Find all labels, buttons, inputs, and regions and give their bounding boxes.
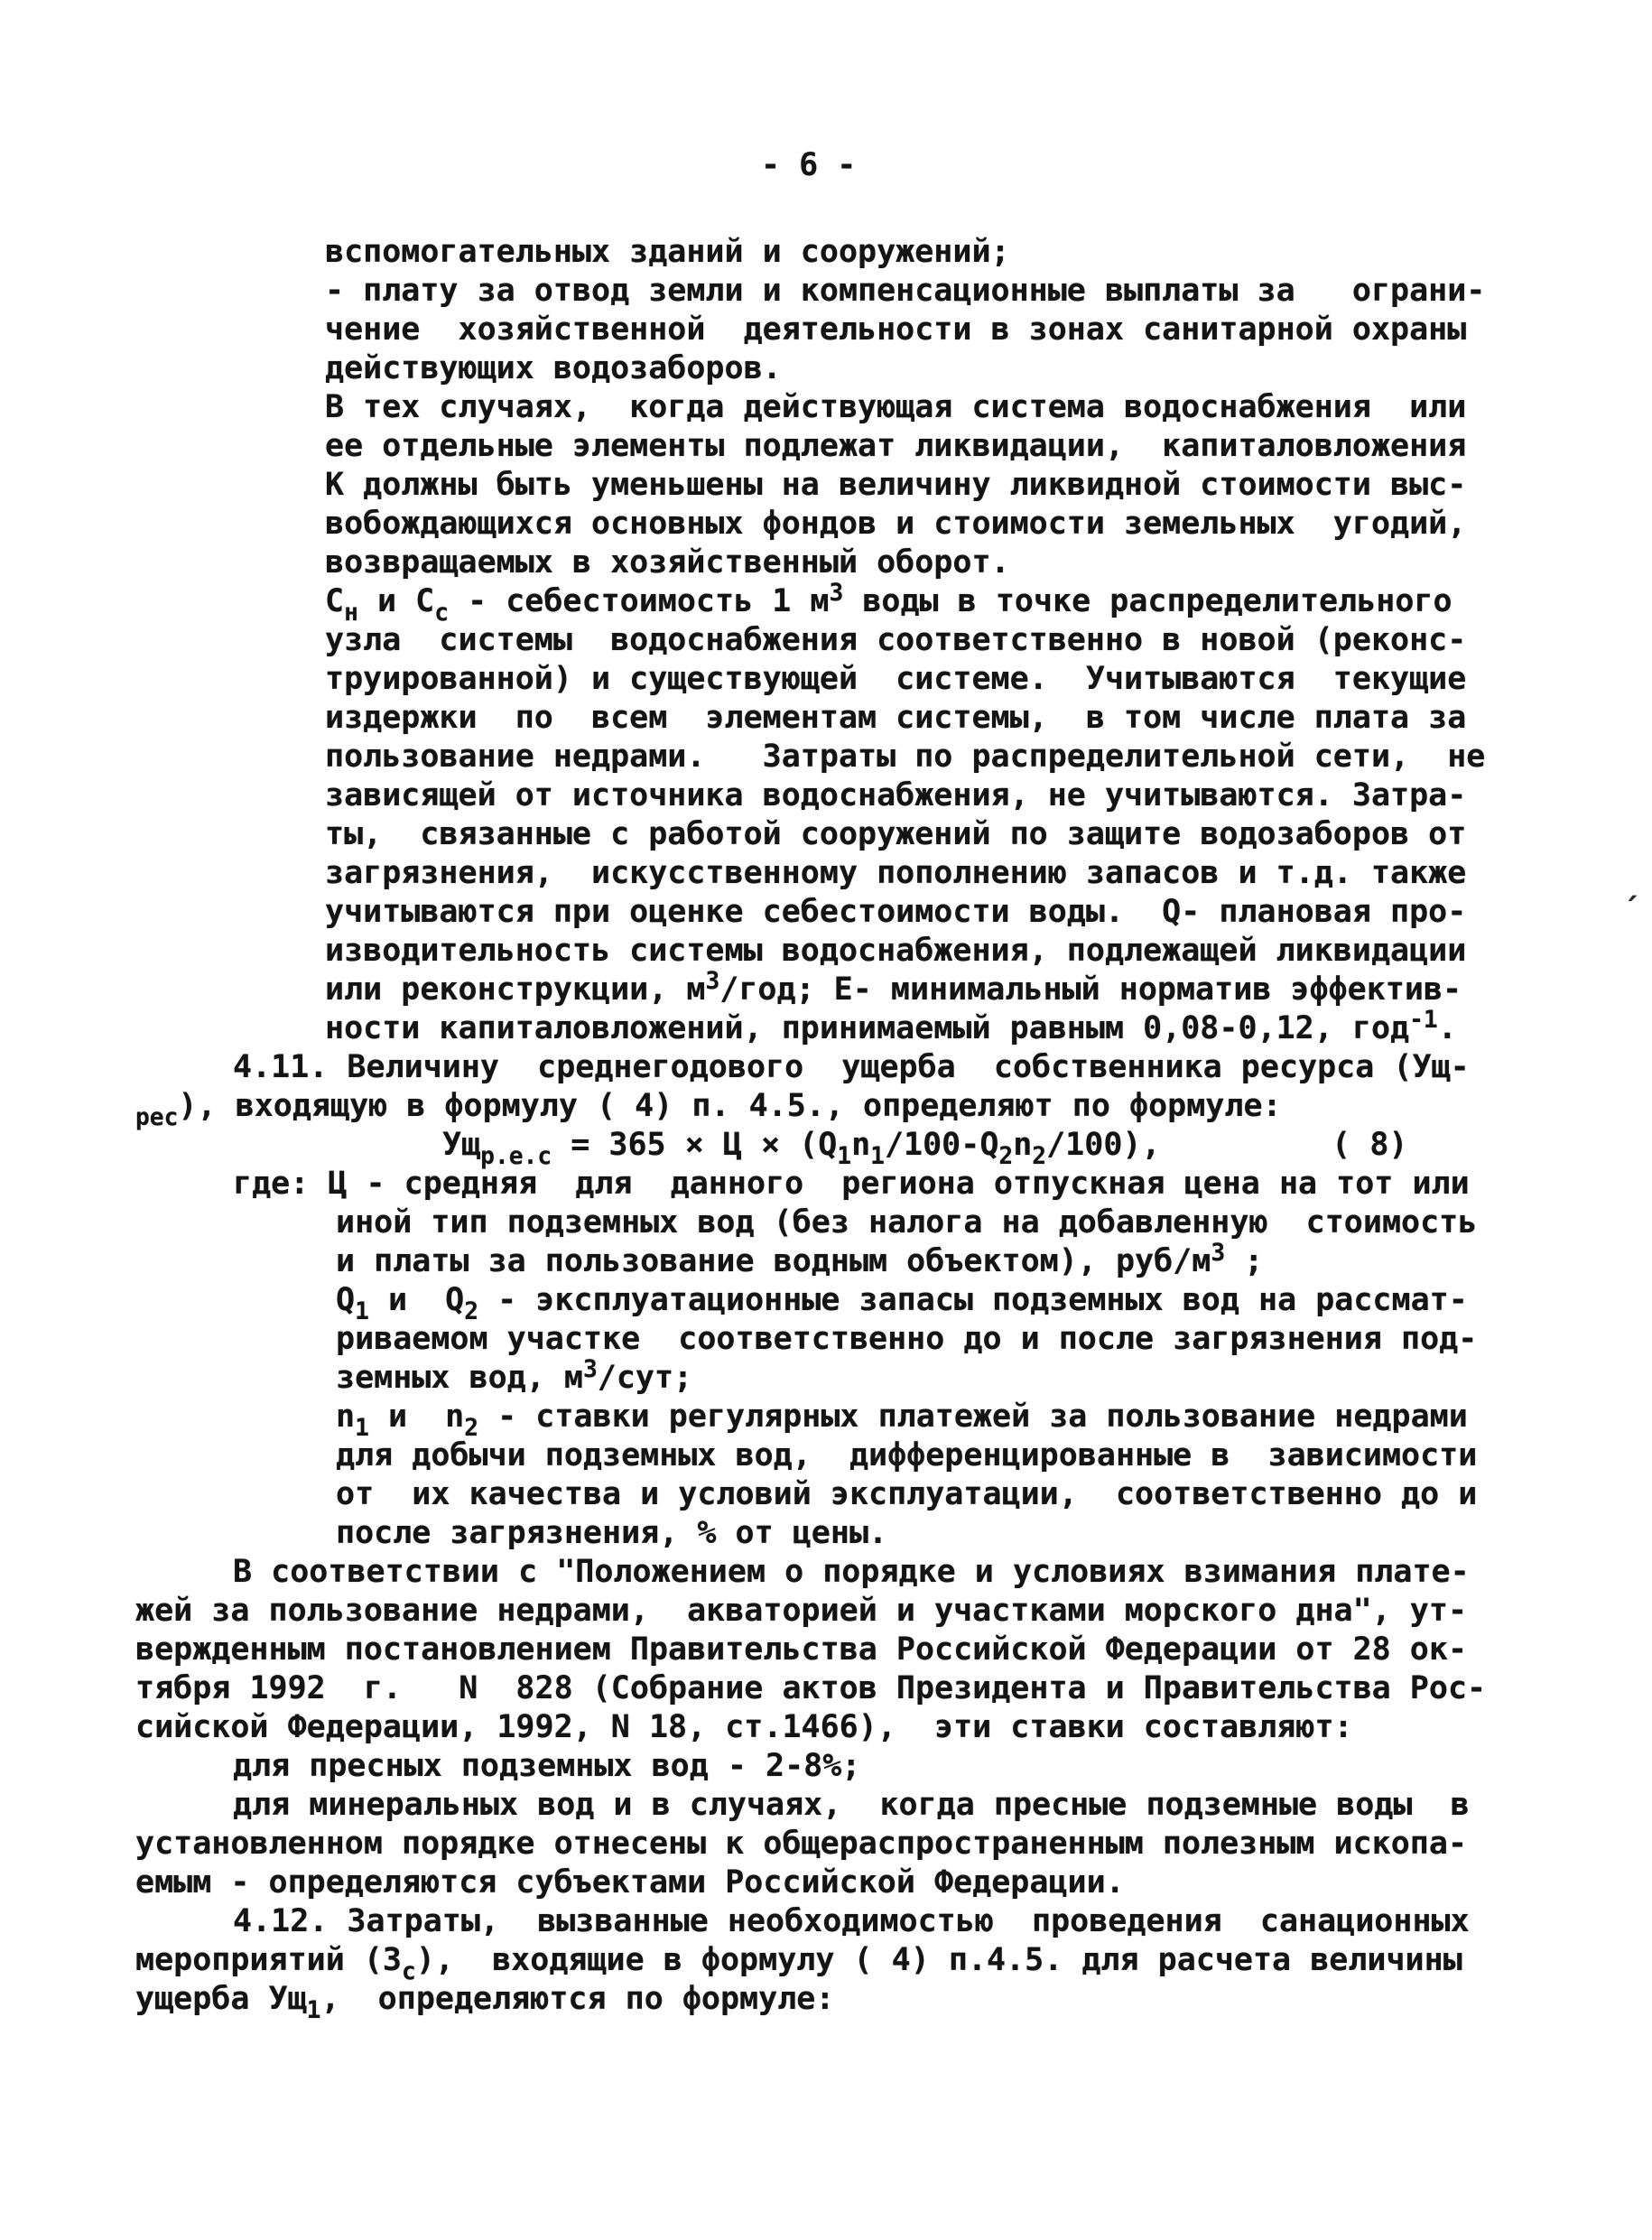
text-line: вержденным постановлением Правительства … — [0, 1631, 1652, 1669]
text-line: зависящей от источника водоснабжения, не… — [0, 776, 1652, 815]
text-line: - плату за отвод земли и компенсационные… — [0, 272, 1652, 311]
text-line: действующих водозаборов. — [0, 349, 1652, 388]
text-line: вспомогательных зданий и сооружений; — [0, 233, 1652, 272]
scan-artifact: ´ — [1621, 892, 1639, 928]
page-number: - 6 - — [761, 147, 856, 183]
text-line: или реконструкции, м3/год; Е- минимальны… — [0, 971, 1652, 1009]
text-line: пользование недрами. Затраты по распреде… — [0, 738, 1652, 776]
text-line: мероприятий (Зс), входящие в формулу ( 4… — [0, 1941, 1652, 1980]
text-line: 4.11. Величину среднегодового ущерба соб… — [0, 1048, 1652, 1087]
text-line: изводительность системы водоснабжения, п… — [0, 932, 1652, 971]
text-line: труированной) и существующей системе. Уч… — [0, 660, 1652, 699]
text-line: жей за пользование недрами, акваторией и… — [0, 1592, 1652, 1631]
text-line: издержки по всем элементам системы, в то… — [0, 699, 1652, 738]
text-line: для минеральных вод и в случаях, когда п… — [0, 1786, 1652, 1825]
text-line: возвращаемых в хозяйственный оборот. — [0, 544, 1652, 582]
text-line: от их качества и условий эксплуатации, с… — [0, 1475, 1652, 1514]
text-line: учитываются при оценке себестоимости вод… — [0, 893, 1652, 932]
text-line: ты, связанные с работой сооружений по за… — [0, 815, 1652, 854]
text-line: ее отдельные элементы подлежат ликвидаци… — [0, 427, 1652, 466]
text-line: земных вод, м3/сут; — [0, 1359, 1652, 1398]
text-line: Сн и Сс - себестоимость 1 м3 воды в точк… — [0, 582, 1652, 621]
text-line: риваемом участке соответственно до и пос… — [0, 1320, 1652, 1359]
text-line: чение хозяйственной деятельности в зонах… — [0, 311, 1652, 349]
text-line: вобождающихся основных фондов и стоимост… — [0, 505, 1652, 544]
text-line: 4.12. Затраты, вызванные необходимостью … — [0, 1902, 1652, 1941]
page: - 6 - вспомогательных зданий и сооружени… — [0, 0, 1652, 2240]
text-line: К должны быть уменьшены на величину ликв… — [0, 466, 1652, 505]
text-line: Q1 и Q2 - эксплуатационные запасы подзем… — [0, 1281, 1652, 1320]
text-line: для добычи подземных вод, дифференцирова… — [0, 1436, 1652, 1475]
text-line: и платы за пользование водным объектом),… — [0, 1242, 1652, 1281]
text-line: рес), входящую в формулу ( 4) п. 4.5., о… — [0, 1087, 1652, 1126]
text-line: узла системы водоснабжения соответственн… — [0, 621, 1652, 660]
text-line: сийской Федерации, 1992, N 18, ст.1466),… — [0, 1708, 1652, 1747]
text-line: загрязнения, искусственному пополнению з… — [0, 854, 1652, 893]
text-line: иной тип подземных вод (без налога на до… — [0, 1204, 1652, 1242]
text-line: емым - определяются субъектами Российско… — [0, 1864, 1652, 1902]
text-line: ности капиталовложений, принимаемый равн… — [0, 1009, 1652, 1048]
text-line: ущерба Ущ1, определяются по формуле: — [0, 1980, 1652, 2019]
text-line: для пресных подземных вод - 2-8%; — [0, 1747, 1652, 1786]
text-line: В соответствии с "Положением о порядке и… — [0, 1553, 1652, 1592]
text-line: тября 1992 г. N 828 (Собрание актов През… — [0, 1669, 1652, 1708]
text-line: В тех случаях, когда действующая система… — [0, 388, 1652, 427]
text-line: где: Ц - средняя для данного региона отп… — [0, 1165, 1652, 1204]
document-lines: вспомогательных зданий и сооружений;- пл… — [0, 233, 1652, 2019]
text-line: n1 и n2 - ставки регулярных платежей за … — [0, 1398, 1652, 1436]
text-line: Ущр.е.с = 365 × Ц × (Q1n1/100-Q2n2/100),… — [0, 1126, 1652, 1165]
text-line: установленном порядке отнесены к общерас… — [0, 1825, 1652, 1864]
text-line: после загрязнения, % от цены. — [0, 1514, 1652, 1553]
